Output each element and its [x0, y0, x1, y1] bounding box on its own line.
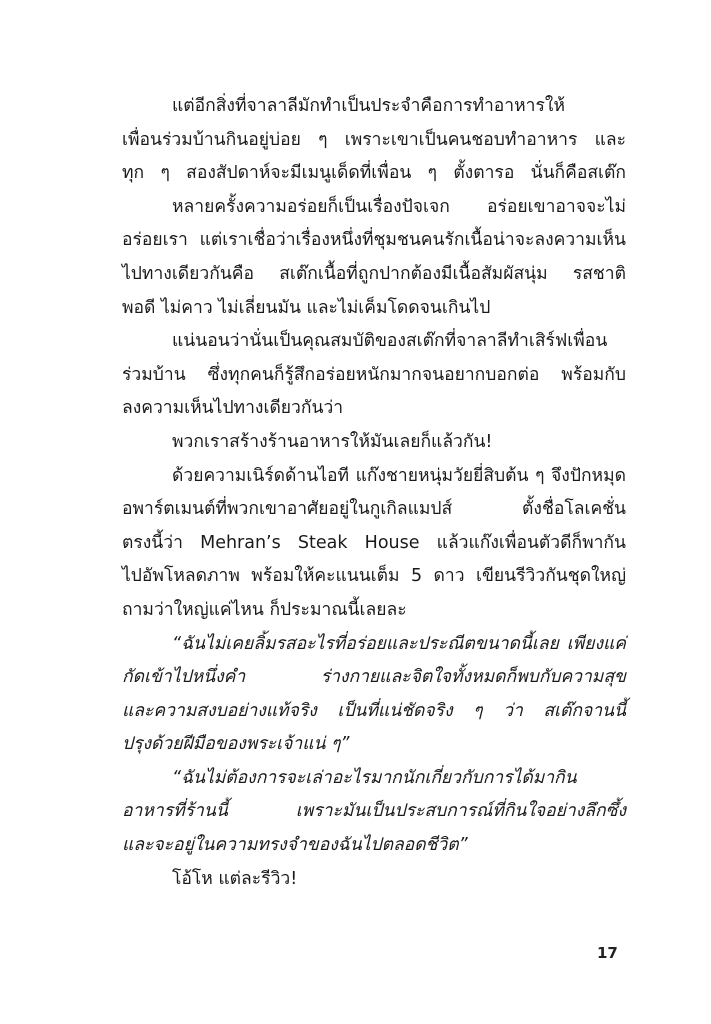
text-line: ไปทางเดียวกันคือ สเต๊กเนื้อที่ถูกปากต้อง…	[122, 258, 626, 292]
paragraph-2: หลายครั้งความอร่อยก็เป็นเรื่องปัจเจก อร่…	[122, 191, 626, 325]
text-line: ทุก ๆ สองสัปดาห์จะมีเมนูเด็ดที่เพื่อน ๆ …	[122, 157, 626, 191]
text-line: ตรงนี้ว่า Mehran’s Steak House แล้วแก๊งเ…	[122, 527, 626, 561]
text-line: และความสงบอย่างแท้จริง เป็นที่แน่ชัดจริง…	[122, 695, 626, 729]
text-line: ด้วยความเนิร์ดด้านไอที แก๊งชายหนุ่มวัยยี…	[122, 460, 626, 494]
text-line: พวกเราสร้างร้านอาหารให้มันเลยก็แล้วกัน!	[122, 426, 626, 460]
text-line: และจะอยู่ในความทรงจำของฉันไปตลอดชีวิต”	[122, 829, 626, 863]
text-line: แน่นอนว่านั่นเป็นคุณสมบัติของสเต๊กที่จาล…	[122, 325, 626, 359]
review-quote-2: “ฉันไม่ต้องการจะเล่าอะไรมากนักเกี่ยวกับก…	[122, 762, 626, 863]
body-text: แต่อีกสิ่งที่จาลาลีมักทำเป็นประจำคือการท…	[122, 90, 626, 896]
text-line: อร่อยเรา แต่เราเชื่อว่าเรื่องหนึ่งที่ชุม…	[122, 224, 626, 258]
paragraph-3: แน่นอนว่านั่นเป็นคุณสมบัติของสเต๊กที่จาล…	[122, 325, 626, 426]
paragraph-8: โอ้โห แต่ละรีวิว!	[122, 863, 626, 897]
review-quote-1: “ฉันไม่เคยลิ้มรสอะไรที่อร่อยและประณีตขนา…	[122, 628, 626, 762]
text-line: ลงความเห็นไปทางเดียวกันว่า	[122, 392, 626, 426]
text-line: “ฉันไม่ต้องการจะเล่าอะไรมากนักเกี่ยวกับก…	[122, 762, 626, 796]
text-line: กัดเข้าไปหนึ่งคำ ร่างกายและจิตใจทั้งหมดก…	[122, 661, 626, 695]
text-line: อพาร์ตเมนต์ที่พวกเขาอาศัยอยู่ในกูเกิลแมป…	[122, 493, 626, 527]
paragraph-4: พวกเราสร้างร้านอาหารให้มันเลยก็แล้วกัน!	[122, 426, 626, 460]
text-line: “ฉันไม่เคยลิ้มรสอะไรที่อร่อยและประณีตขนา…	[122, 628, 626, 662]
text-line: เพื่อนร่วมบ้านกินอยู่บ่อย ๆ เพราะเขาเป็น…	[122, 124, 626, 158]
text-line: ร่วมบ้าน ซึ่งทุกคนก็รู้สึกอร่อยหนักมากจน…	[122, 359, 626, 393]
text-line: แต่อีกสิ่งที่จาลาลีมักทำเป็นประจำคือการท…	[122, 90, 626, 124]
text-line: อาหารที่ร้านนี้ เพราะมันเป็นประสบการณ์ที…	[122, 795, 626, 829]
book-page: แต่อีกสิ่งที่จาลาลีมักทำเป็นประจำคือการท…	[0, 0, 711, 1024]
text-line: ถามว่าใหญ่แค่ไหน ก็ประมาณนี้เลยละ	[122, 594, 626, 628]
paragraph-1: แต่อีกสิ่งที่จาลาลีมักทำเป็นประจำคือการท…	[122, 90, 626, 191]
text-line: หลายครั้งความอร่อยก็เป็นเรื่องปัจเจก อร่…	[122, 191, 626, 225]
page-number: 17	[597, 944, 618, 962]
paragraph-5: ด้วยความเนิร์ดด้านไอที แก๊งชายหนุ่มวัยยี…	[122, 460, 626, 628]
text-line: พอดี ไม่คาว ไม่เลี่ยนมัน และไม่เค็มโดดจน…	[122, 292, 626, 326]
text-line: ไปอัพโหลดภาพ พร้อมให้คะแนนเต็ม 5 ดาว เขี…	[122, 560, 626, 594]
text-line: ปรุงด้วยฝีมือของพระเจ้าแน่ ๆ”	[122, 728, 626, 762]
text-line: โอ้โห แต่ละรีวิว!	[122, 863, 626, 897]
